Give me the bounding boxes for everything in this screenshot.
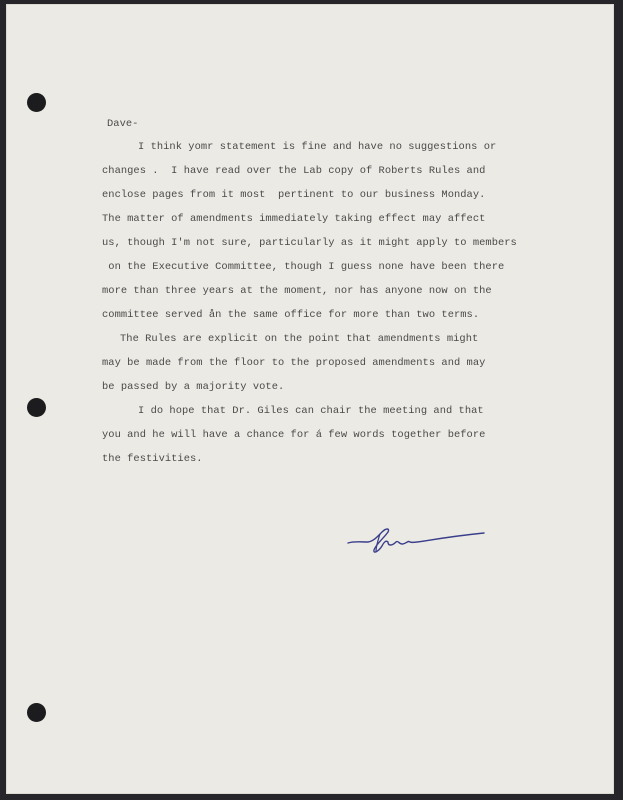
text-line: the festivities. bbox=[102, 453, 203, 465]
text-line: may be made from the floor to the propos… bbox=[102, 357, 485, 369]
binder-hole-middle bbox=[27, 398, 46, 417]
text-line: changes . I have read over the Lab copy … bbox=[102, 165, 485, 177]
text-line: The Rules are explicit on the point that… bbox=[120, 333, 478, 345]
text-line: us, though I'm not sure, particularly as… bbox=[102, 237, 517, 249]
salutation: Dave- bbox=[107, 118, 138, 130]
text-line: you and he will have a chance for á few … bbox=[102, 429, 485, 441]
text-line: be passed by a majority vote. bbox=[102, 381, 284, 393]
scan-frame: Dave- I think yomr statement is fine and… bbox=[0, 0, 623, 800]
text-line: more than three years at the moment, nor… bbox=[102, 285, 492, 297]
text-line: The matter of amendments immediately tak… bbox=[102, 213, 485, 225]
text-line: on the Executive Committee, though I gue… bbox=[102, 261, 504, 273]
text-line: committee served ån the same office for … bbox=[102, 309, 479, 321]
text-line: enclose pages from it most pertinent to … bbox=[102, 189, 485, 201]
text-line: I think yomr statement is fine and have … bbox=[138, 141, 496, 153]
letter-page bbox=[6, 4, 614, 794]
handwritten-signature bbox=[344, 522, 494, 562]
binder-hole-bottom bbox=[27, 703, 46, 722]
text-line: I do hope that Dr. Giles can chair the m… bbox=[138, 405, 484, 417]
binder-hole-top bbox=[27, 93, 46, 112]
